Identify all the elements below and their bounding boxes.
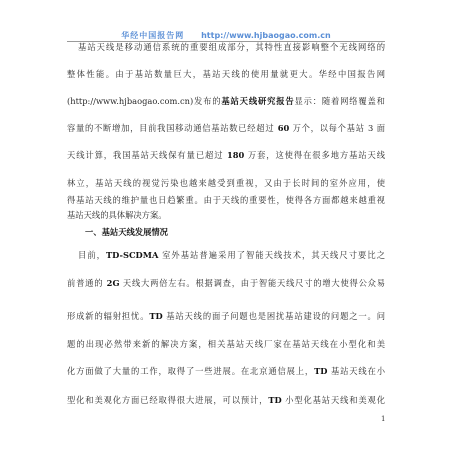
body-line: (http://www.hjbaogao.com.cn)发布的基站天线研究报告显… — [67, 96, 385, 107]
body-line: 形成新的辐射担忧。TD 基站天线的面子问题也是困扰基站建设的问题之一。问 — [67, 311, 385, 322]
number-bold: 60 — [278, 123, 290, 133]
body-line: 型化和美观化方面已经取得很大进展，可以预计，TD 小型化基站天线和美观化 — [67, 395, 385, 406]
body-text: 天线大两倍左右。根据调查，由于智能天线尺寸的增大使得公众易 — [120, 278, 385, 288]
body-line: 题的出现必然带来新的解决方案，相关基站天线厂家在基站天线在小型化和美 — [67, 339, 385, 350]
body-text: 小型化基站天线和美观化 — [282, 395, 385, 405]
body-line: 基站天线是移动通信系统的重要组成部分，其特性直接影响整个无线网络的 — [67, 42, 385, 53]
body-text: 型化和美观化方面已经取得很大进展，可以预计， — [67, 395, 268, 405]
body-line: 基站天线的具体解决方案。 — [67, 210, 385, 221]
report-url-text: (http://www.hjbaogao.com.cn)发布的 — [67, 96, 221, 106]
body-text: 万个，以每个基站 3 面 — [289, 123, 385, 133]
body-line: 前普通的 2G 天线大两倍左右。根据调查，由于智能天线尺寸的增大使得公众易 — [67, 278, 385, 289]
page-header: 华经中国报告网 http://www.hjbaogao.com.cn — [67, 30, 385, 41]
body-text: 容量的不断增加，目前我国移动通信基站数已经超过 — [67, 123, 278, 133]
body-text: 室外基站普遍采用了智能天线技术，其天线尺寸要比之 — [158, 250, 385, 260]
body-text: 形成新的辐射担忧。 — [67, 311, 149, 321]
body-line: 得基站天线的维护量也日趋繁重。由于天线的重要性，使得各方面都越来越重视 — [67, 195, 385, 206]
body-line: 化方面做了大量的工作，取得了一些进展。在北京通信展上，TD 基站天线在小 — [67, 366, 385, 377]
body-text: 万套，这使得在很多地方基站天线 — [244, 150, 385, 160]
body-line: 天线计算，我国基站天线保有量已超过 180 万套，这使得在很多地方基站天线 — [67, 150, 385, 161]
body-line: 目前，TD-SCDMA 室外基站普遍采用了智能天线技术，其天线尺寸要比之 — [67, 250, 385, 261]
body-line: 整体性能。由于基站数量巨大，基站天线的使用量就更大。华经中国报告网 — [67, 69, 385, 80]
header-url[interactable]: http://www.hjbaogao.com.cn — [201, 31, 331, 40]
term-bold: TD — [314, 366, 327, 376]
body-text: 显示：随着网络覆盖和 — [294, 96, 384, 106]
header-site-name: 华经中国报告网 — [121, 31, 184, 40]
section-heading: 一、基站天线发展情况 — [85, 227, 168, 238]
body-text: 基站天线的面子问题也是困扰基站建设的问题之一。问 — [163, 311, 385, 321]
body-text: 化方面做了大量的工作，取得了一些进展。在北京通信展上， — [67, 366, 314, 376]
term-bold: TD — [268, 395, 281, 405]
body-line: 容量的不断增加，目前我国移动通信基站数已经超过 60 万个，以每个基站 3 面 — [67, 123, 385, 134]
document-page: 华经中国报告网 http://www.hjbaogao.com.cn 基站天线是… — [0, 0, 452, 452]
body-line: 林立，基站天线的视觉污染也越来越受到重视，又由于长时间的室外应用，使 — [67, 178, 385, 189]
body-text: 天线计算，我国基站天线保有量已超过 — [67, 150, 227, 160]
number-bold: 180 — [227, 150, 244, 160]
report-title-bold: 基站天线研究报告 — [221, 96, 294, 106]
term-bold: TD-SCDMA — [106, 250, 158, 260]
page-number: 1 — [381, 415, 385, 423]
body-text: 基站天线在小 — [327, 366, 385, 376]
body-text: 目前， — [78, 250, 106, 260]
body-text: 前普通的 — [67, 278, 107, 288]
term-bold: 2G — [107, 278, 120, 288]
term-bold: TD — [149, 311, 162, 321]
